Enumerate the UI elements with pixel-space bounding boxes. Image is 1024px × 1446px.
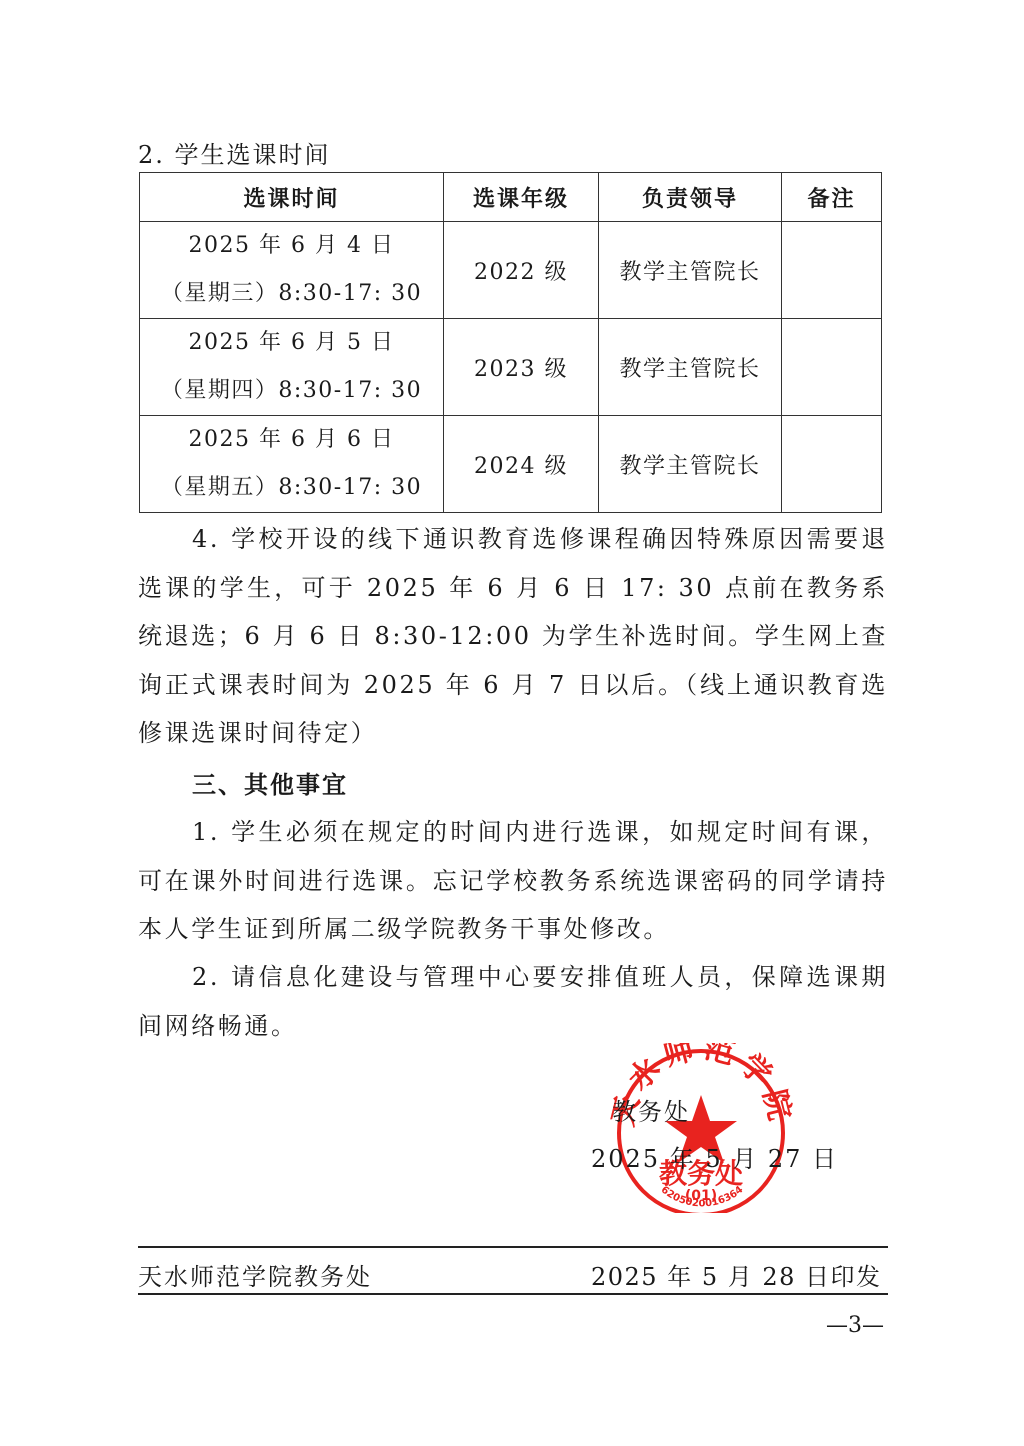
- paragraph-4: 4. 学校开设的线下通识教育选修课程确因特殊原因需要退选课的学生，可于 2025…: [138, 515, 888, 758]
- table-row: 2025 年 6 月 4 日 （星期三）8:30-17: 30 2022 级 教…: [140, 222, 882, 319]
- item-2: 2. 请信息化建设与管理中心要安排值班人员，保障选课期间网络畅通。: [138, 953, 888, 1050]
- cell-date: 2025 年 6 月 5 日: [140, 319, 443, 367]
- cell-time: 2025 年 6 月 5 日 （星期四）8:30-17: 30: [140, 319, 444, 416]
- cell-grade: 2022 级: [444, 222, 599, 319]
- cell-hours: （星期四）8:30-17: 30: [140, 367, 443, 415]
- footer-issuer: 天水师范学院教务处: [138, 1257, 372, 1292]
- cell-leader: 教学主管院长: [599, 319, 782, 416]
- footer-issue-date: 2025 年 5 月 28 日印发: [591, 1257, 882, 1292]
- table-header-row: 选课时间 选课年级 负责领导 备注: [140, 173, 882, 222]
- cell-leader: 教学主管院长: [599, 416, 782, 513]
- cell-leader: 教学主管院长: [599, 222, 782, 319]
- cell-grade: 2024 级: [444, 416, 599, 513]
- cell-note: [782, 416, 882, 513]
- cell-note: [782, 319, 882, 416]
- table-row: 2025 年 6 月 6 日 （星期五）8:30-17: 30 2024 级 教…: [140, 416, 882, 513]
- document-page: 2. 学生选课时间 选课时间 选课年级 负责领导 备注 2025 年 6 月 4…: [0, 0, 1024, 1446]
- course-selection-table: 选课时间 选课年级 负责领导 备注 2025 年 6 月 4 日 （星期三）8:…: [139, 172, 882, 513]
- item-1: 1. 学生必须在规定的时间内进行选课，如规定时间有课，可在课外时间进行选课。忘记…: [138, 808, 888, 954]
- cell-date: 2025 年 6 月 4 日: [140, 222, 443, 270]
- heading-other-matters: 三、其他事宜: [192, 765, 348, 800]
- cell-hours: （星期五）8:30-17: 30: [140, 464, 443, 512]
- cell-grade: 2023 级: [444, 319, 599, 416]
- footer-bottom-rule: [138, 1293, 888, 1295]
- header-note: 备注: [782, 173, 882, 222]
- header-time: 选课时间: [140, 173, 444, 222]
- header-leader: 负责领导: [599, 173, 782, 222]
- signature-office: 教务处: [612, 1092, 690, 1127]
- signature-date: 2025 年 5 月 27 日: [591, 1139, 838, 1174]
- page-number: —3—: [826, 1313, 884, 1338]
- cell-note: [782, 222, 882, 319]
- header-grade: 选课年级: [444, 173, 599, 222]
- cell-time: 2025 年 6 月 6 日 （星期五）8:30-17: 30: [140, 416, 444, 513]
- table-row: 2025 年 6 月 5 日 （星期四）8:30-17: 30 2023 级 教…: [140, 319, 882, 416]
- cell-hours: （星期三）8:30-17: 30: [140, 270, 443, 318]
- section-title: 2. 学生选课时间: [138, 139, 331, 171]
- cell-time: 2025 年 6 月 4 日 （星期三）8:30-17: 30: [140, 222, 444, 319]
- footer-top-rule: [138, 1246, 888, 1248]
- cell-date: 2025 年 6 月 6 日: [140, 416, 443, 464]
- official-seal-icon: 天水师范学院 教务处 (01) 6205020016364: [608, 1043, 794, 1213]
